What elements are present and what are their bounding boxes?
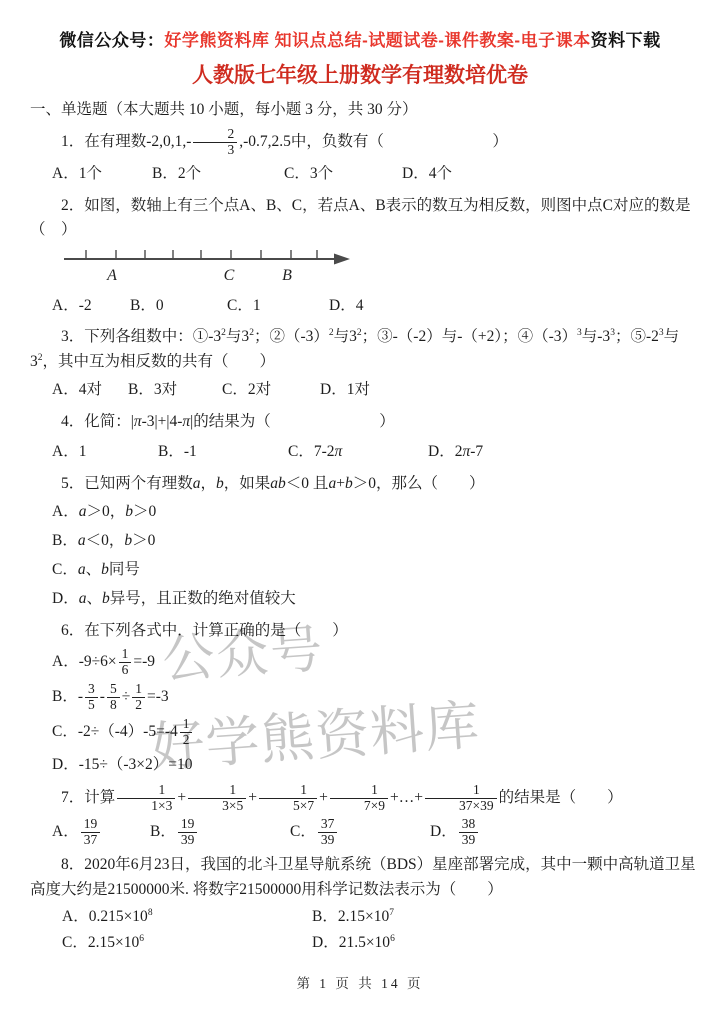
question-7-stem: 7．计算11×3+13×5+15×7+17×9+…+137×39的结果是（ ） <box>30 783 700 814</box>
question-5-stem: 5．已知两个有理数a，b，如果ab＜0 且a+b＞0，那么（ ） <box>30 472 700 496</box>
q7-option-c: C．3739 <box>290 817 430 848</box>
q6-option-d: D．-15÷（-3×2）=10 <box>52 753 700 777</box>
question-2-stem: 2．如图，数轴上有三个点A、B、C，若点A、B表示的数互为相反数，则图中点C对应… <box>30 194 700 242</box>
fraction: 3839 <box>459 817 479 848</box>
q1-option-d: D．4个 <box>402 162 700 186</box>
header-brand: 好学熊资料库 知识点总结-试题试卷-课件教案-电子课本 <box>164 31 590 50</box>
question-3-options: A．4对 B．3对 C．2对 D．1对 <box>52 378 700 402</box>
q3-option-c: C．2对 <box>222 378 320 402</box>
q6-option-a: A．-9÷6×16=-9 <box>52 647 700 678</box>
q2-option-d: D．4 <box>329 294 700 318</box>
q6-option-b: B．-35-58÷12=-3 <box>52 682 700 713</box>
question-8-stem: 8．2020年6月23日，我国的北斗卫星导航系统（BDS）星座部署完成，其中一颗… <box>30 852 700 902</box>
question-7-options: A．1937 B．1939 C．3739 D．3839 <box>52 817 700 848</box>
question-3-stem: 3．下列各组数中：①-32与32；②（-3）2与32；③-（-2）与-（+2）；… <box>30 324 700 374</box>
q7-option-d: D．3839 <box>430 817 700 848</box>
q5-option-c: C．a、b同号 <box>52 558 700 582</box>
fraction: 15×7 <box>259 783 317 814</box>
fraction: 1937 <box>81 817 101 848</box>
q4-option-c: C．7-2π <box>288 440 428 464</box>
q5-option-a: A．a＞0，b＞0 <box>52 500 700 524</box>
q8-option-d: D．21.5×106 <box>312 931 700 955</box>
header-suffix: 资料下载 <box>591 31 661 50</box>
q2-option-c: C．1 <box>227 294 329 318</box>
question-8-options-row1: A．0.215×108 B．2.15×107 <box>62 905 700 929</box>
q8-option-c: C．2.15×106 <box>62 931 312 955</box>
question-6-stem: 6．在下列各式中．计算正确的是（ ） <box>30 619 700 643</box>
point-c-label: C <box>224 267 235 284</box>
fraction: 137×39 <box>425 783 497 814</box>
fraction: 16 <box>119 647 132 678</box>
question-2-options: A．-2 B．0 C．1 D．4 <box>52 294 700 318</box>
fraction: 11×3 <box>117 783 175 814</box>
q6-option-c: C．-2÷（-4）-5=-412 <box>52 717 700 748</box>
q8-option-b: B．2.15×107 <box>312 905 700 929</box>
q3-option-d: D．1对 <box>320 378 700 402</box>
q2-option-b: B．0 <box>130 294 227 318</box>
page-title: 人教版七年级上册数学有理数培优卷 <box>0 61 720 89</box>
fraction: 12 <box>180 717 193 748</box>
q3-option-b: B．3对 <box>128 378 222 402</box>
fraction: 17×9 <box>330 783 388 814</box>
q4-option-d: D．2π-7 <box>428 440 700 464</box>
fraction: 12 <box>132 682 145 713</box>
fraction: 3739 <box>318 817 338 848</box>
question-1-stem: 1．在有理数-2,0,1,-23,-0.7,2.5中，负数有（ ） <box>30 127 700 158</box>
header-prefix: 微信公众号： <box>59 31 164 50</box>
fraction: 1939 <box>178 817 198 848</box>
point-b-label: B <box>282 267 292 284</box>
number-line-svg: A C B <box>60 244 356 286</box>
q1-option-a: A．1个 <box>52 162 152 186</box>
q5-option-d: D．a、b异号，且正数的绝对值较大 <box>52 587 700 611</box>
fraction: 13×5 <box>188 783 246 814</box>
section-heading: 一、单选题（本大题共 10 小题，每小题 3 分，共 30 分） <box>30 99 700 121</box>
q1-option-c: C．3个 <box>284 162 402 186</box>
q8-option-a: A．0.215×108 <box>62 905 312 929</box>
q7-option-a: A．1937 <box>52 817 150 848</box>
question-8-options-row2: C．2.15×106 D．21.5×106 <box>62 931 700 955</box>
wechat-header: 微信公众号：好学熊资料库 知识点总结-试题试卷-课件教案-电子课本资料下载 <box>0 0 720 52</box>
arrow-right-icon <box>334 253 350 264</box>
q2-option-a: A．-2 <box>52 294 130 318</box>
q3-option-a: A．4对 <box>52 378 128 402</box>
fraction: 23 <box>193 127 237 158</box>
exam-paper-page: 公众号 好学熊资料库 微信公众号：好学熊资料库 知识点总结-试题试卷-课件教案-… <box>0 0 720 1018</box>
point-a-label: A <box>106 267 117 284</box>
q5-option-b: B．a＜0，b＞0 <box>52 529 700 553</box>
exam-body: 一、单选题（本大题共 10 小题，每小题 3 分，共 30 分） 1．在有理数-… <box>30 99 700 955</box>
q1-option-b: B．2个 <box>152 162 284 186</box>
q4-option-b: B．-1 <box>158 440 288 464</box>
question-1-options: A．1个 B．2个 C．3个 D．4个 <box>52 162 700 186</box>
q4-option-a: A．1 <box>52 440 158 464</box>
question-4-options: A．1 B．-1 C．7-2π D．2π-7 <box>52 440 700 464</box>
page-footer: 第 1 页 共 14 页 <box>0 972 720 992</box>
question-4-stem: 4．化简：|π-3|+|4-π|的结果为（ ） <box>30 410 700 434</box>
fraction: 35 <box>85 682 98 713</box>
number-line-figure: A C B <box>60 244 700 294</box>
q7-option-b: B．1939 <box>150 817 290 848</box>
fraction: 58 <box>107 682 120 713</box>
